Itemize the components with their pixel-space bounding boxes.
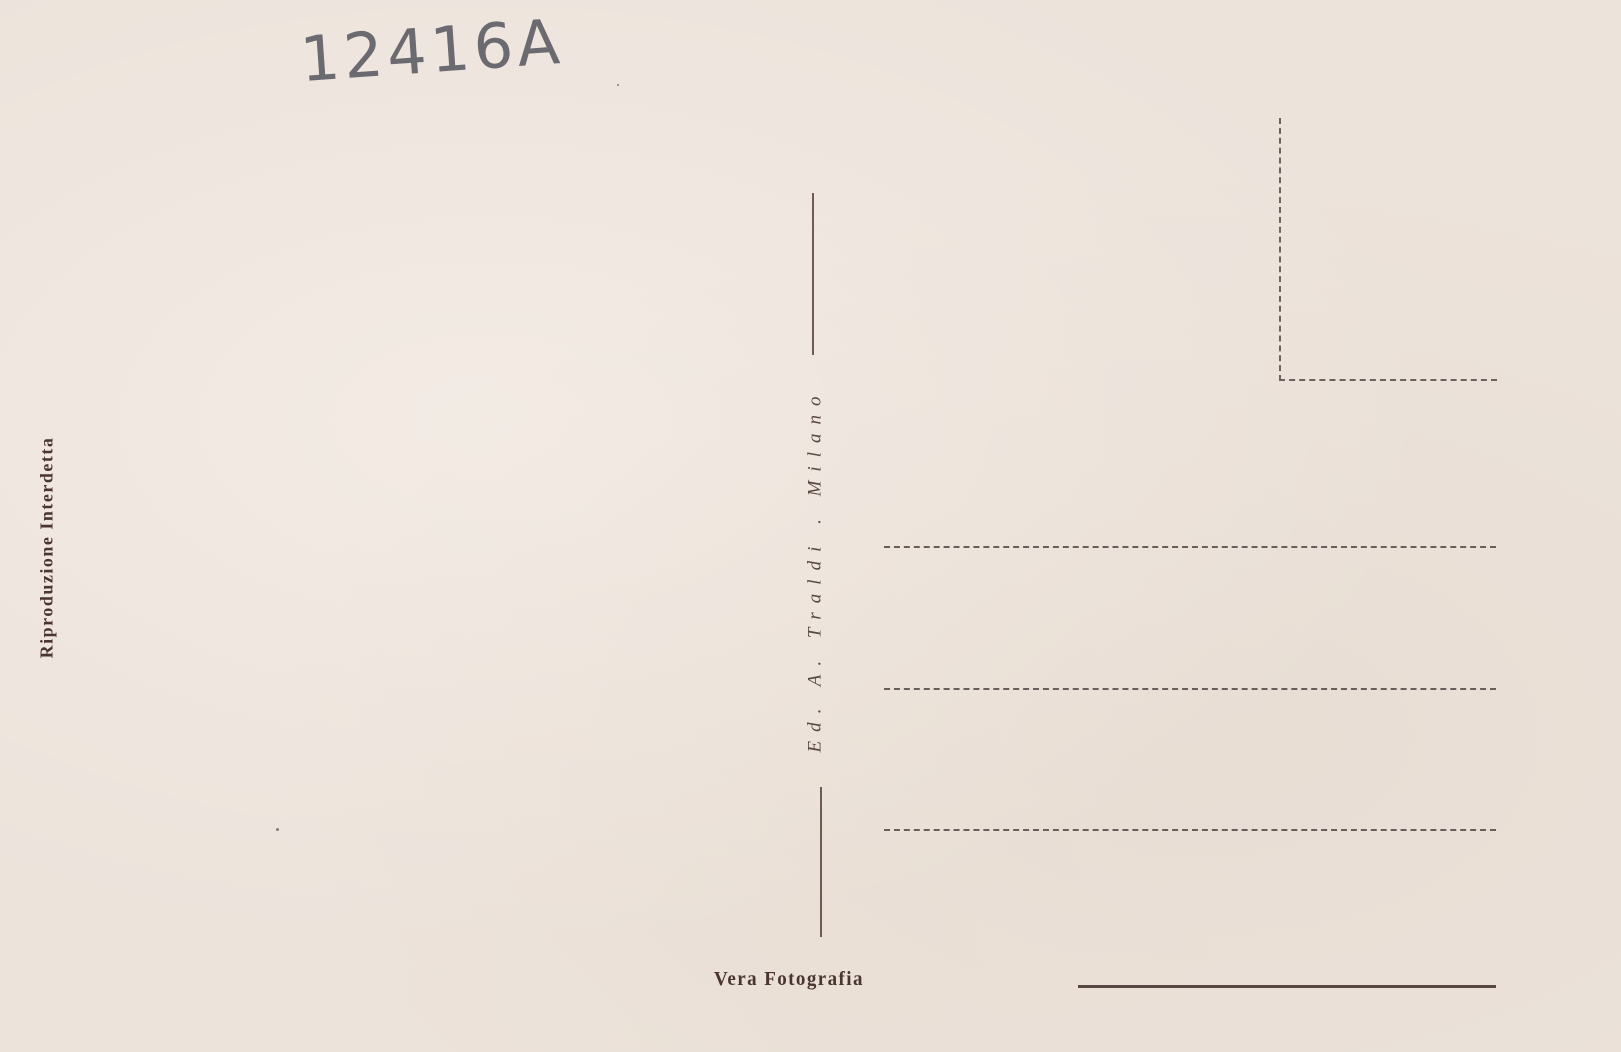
center-divider-top <box>812 193 814 355</box>
publisher-imprint-text: Ed. A. Traldi . Milano <box>804 388 826 753</box>
caption-vera-fotografia: Vera Fotografia <box>714 968 864 991</box>
paper-speck <box>617 84 619 86</box>
publisher-imprint: Ed. A. Traldi . Milano <box>800 360 830 780</box>
reproduction-notice-text: Riproduzione Interdetta <box>37 436 58 658</box>
bottom-address-line <box>1078 985 1496 988</box>
address-line-1 <box>884 546 1496 548</box>
reproduction-notice: Riproduzione Interdetta <box>34 366 60 728</box>
center-divider-bottom <box>820 787 822 937</box>
address-line-2 <box>884 688 1496 690</box>
address-line-3 <box>884 829 1496 831</box>
stamp-box <box>1279 118 1497 381</box>
paper-speck <box>276 828 279 831</box>
